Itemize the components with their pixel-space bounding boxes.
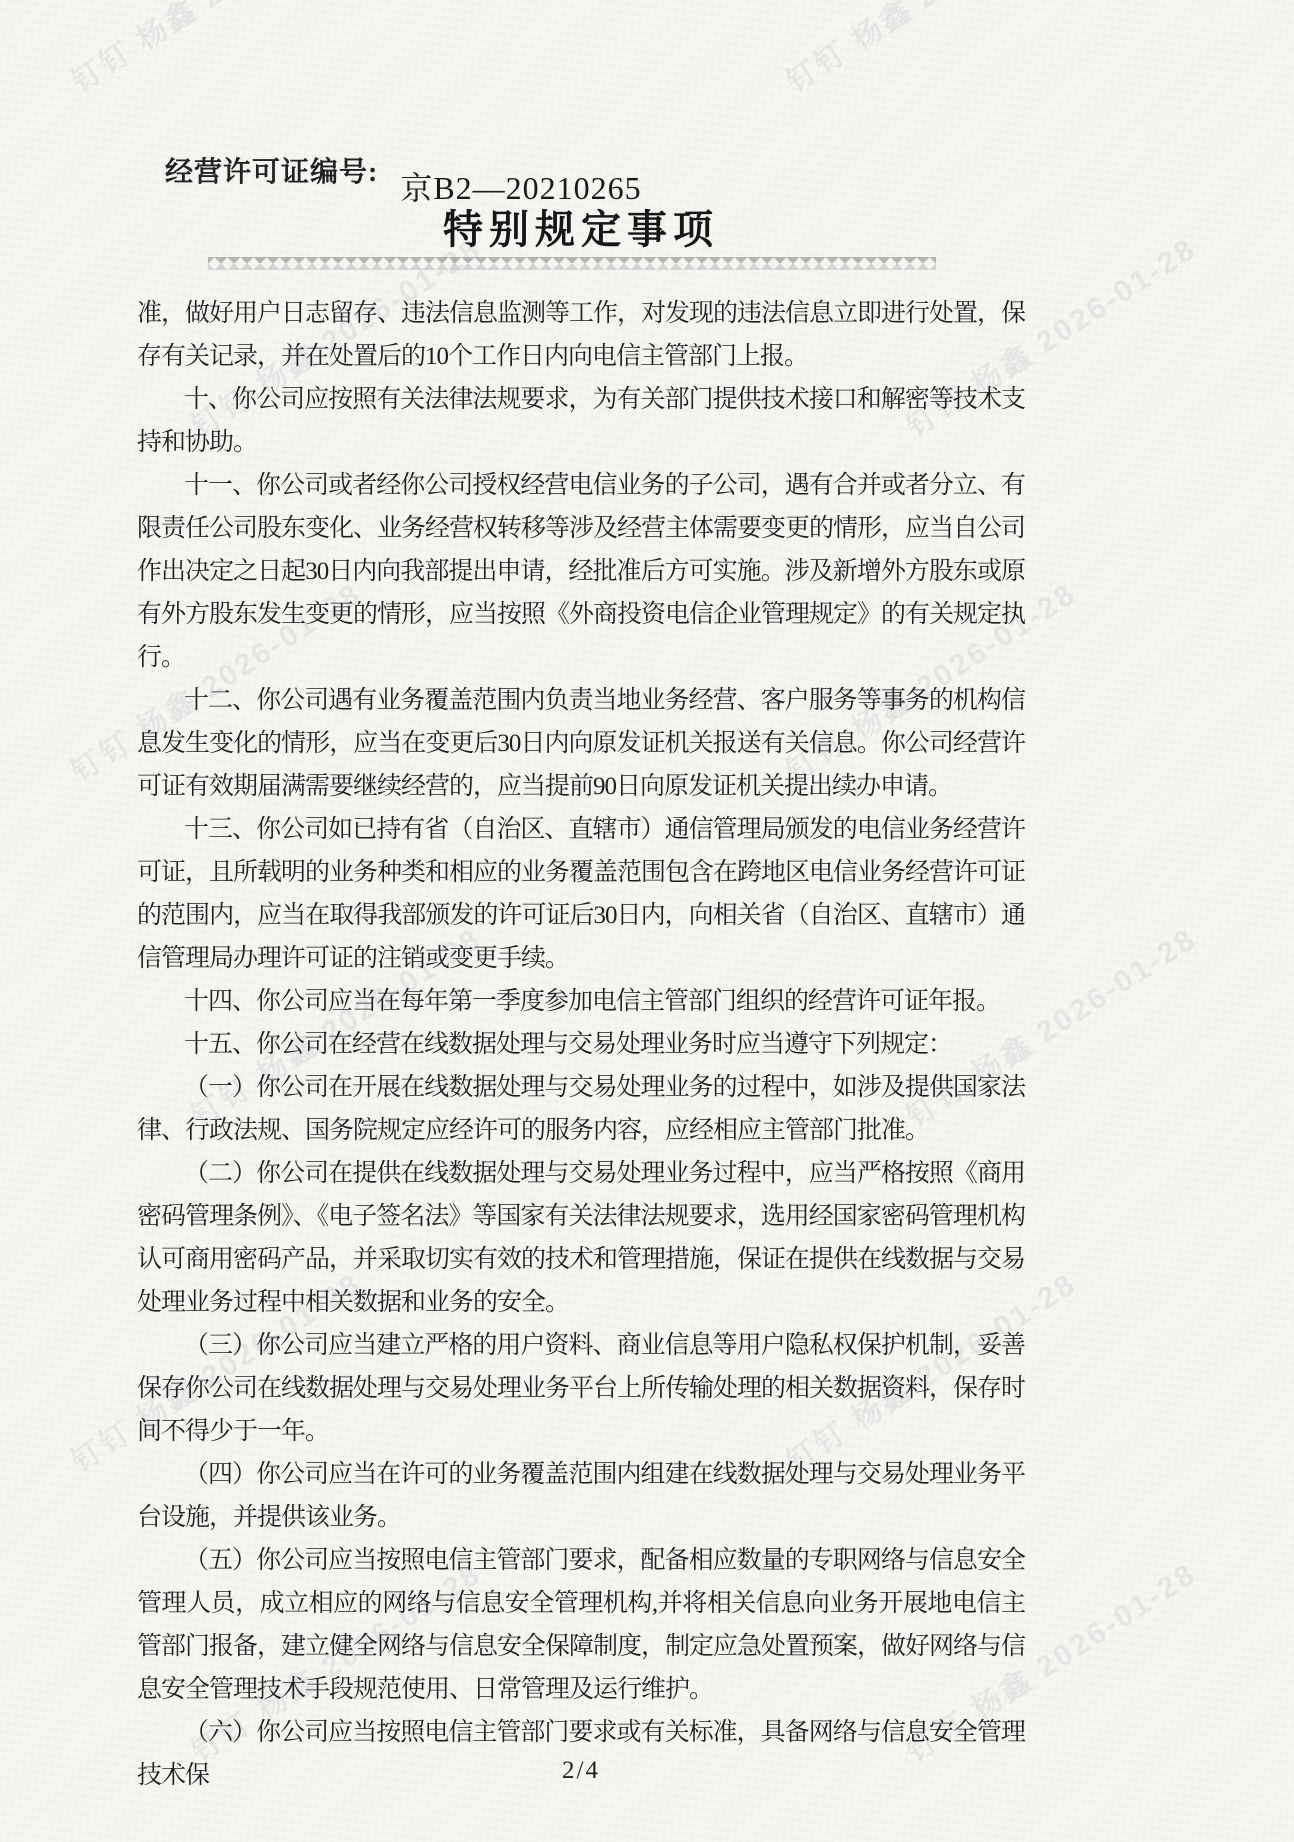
paragraph: 十二、你公司遇有业务覆盖范围内负责当地业务经营、客户服务等事务的机构信息发生变化… [137,679,1025,808]
paragraph: 十三、你公司如已持有省（自治区、直辖市）通信管理局颁发的电信业务经营许可证，且所… [137,808,1025,980]
paragraph: （二）你公司在提供在线数据处理与交易处理业务过程中，应当严格按照《商用密码管理条… [137,1152,1025,1324]
page-number: 2/4 [137,1757,1025,1785]
document-title: 特别规定事项 [137,198,1025,255]
watermark-text: 钉钉 杨鑫 2026-01-28 [61,0,369,101]
paragraph: （五）你公司应当按照电信主管部门要求，配备相应数量的专职网络与信息安全管理人员，… [137,1539,1025,1711]
paragraph: （一）你公司在开展在线数据处理与交易处理业务的过程中，如涉及提供国家法律、行政法… [137,1066,1025,1152]
document-body: 准，做好用户日志留存、违法信息监测等工作，对发现的违法信息立即进行处置，保存有关… [137,292,1025,1797]
paragraph: 准，做好用户日志留存、违法信息监测等工作，对发现的违法信息立即进行处置，保存有关… [137,292,1025,378]
paragraph: （三）你公司应当建立严格的用户资料、商业信息等用户隐私权保护机制，妥善保存你公司… [137,1324,1025,1453]
zigzag-divider [208,257,936,270]
watermark-text: 钉钉 杨鑫 2026-01-28 [776,0,1084,101]
license-number-label: 经营许可证编号: [165,150,378,190]
paragraph: 十一、你公司或者经你公司授权经营电信业务的子公司，遇有合并或者分立、有限责任公司… [137,464,1025,679]
paragraph: 十四、你公司应当在每年第一季度参加电信主管部门组织的经营许可证年报。 [137,980,1025,1023]
scanned-document-page: 钉钉 杨鑫 2026-01-28钉钉 杨鑫 2026-01-28钉钉 杨鑫 20… [0,0,1294,1842]
paragraph: 十、你公司应按照有关法律法规要求，为有关部门提供技术接口和解密等技术支持和协助。 [137,378,1025,464]
paragraph: （四）你公司应当在许可的业务覆盖范围内组建在线数据处理与交易处理业务平台设施，并… [137,1453,1025,1539]
paragraph: 十五、你公司在经营在线数据处理与交易处理业务时应当遵守下列规定： [137,1023,1025,1066]
